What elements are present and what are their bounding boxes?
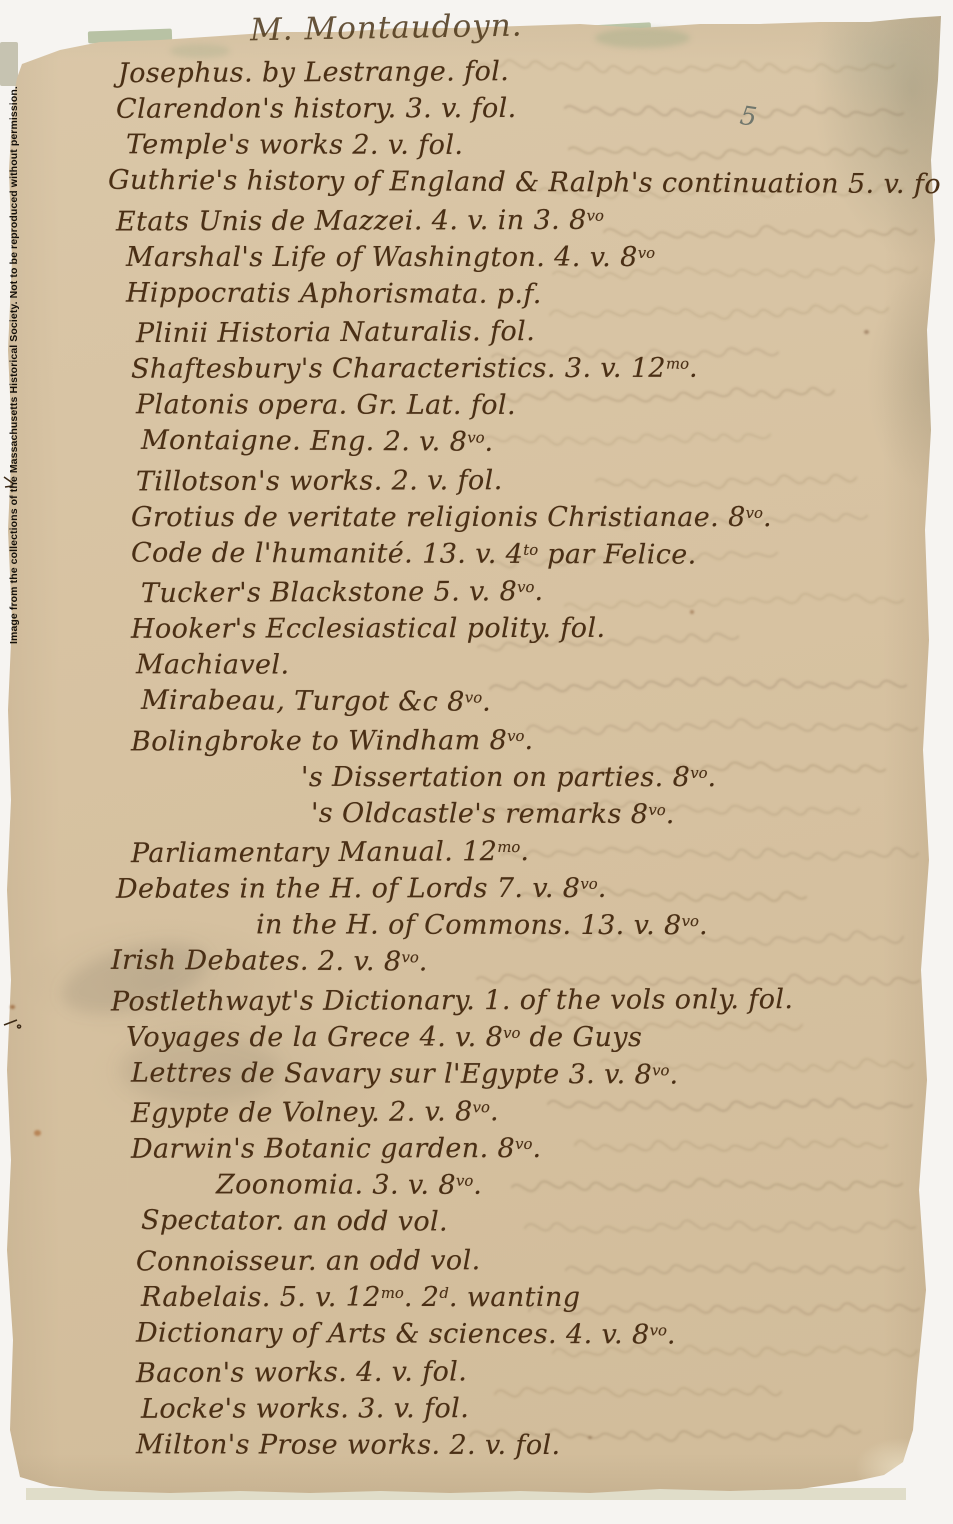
manuscript-line: Temple's works 2. v. fol. [126, 130, 946, 169]
manuscript-line: Etats Unis de Mazzei. 4. v. in 3. 8vo [116, 203, 946, 243]
manuscript-line: in the H. of Commons. 13. v. 8vo. [256, 910, 946, 948]
repository-watermark: Image from the collections of the Massac… [8, 40, 20, 644]
manuscript-line: Dictionary of Arts & sciences. 4. v. 8vo… [136, 1317, 946, 1357]
manuscript-line: Spectator. an odd vol. [141, 1205, 946, 1246]
manuscript-line: Postlethwayt's Dictionary. 1. of the vol… [111, 983, 946, 1023]
manuscript-line: Zoonomia. 3. v. 8vo. [216, 1170, 946, 1208]
manuscript-line: Guthrie's history of England & Ralph's c… [108, 165, 946, 207]
manuscript-line: Debates in the H. of Lords 7. v. 8vo. [116, 872, 946, 911]
manuscript-line: Irish Debates. 2. v. 8vo. [111, 945, 946, 987]
manuscript-line: Rabelais. 5. v. 12mo. 2d. wanting [141, 1282, 946, 1319]
manuscript-line: Machiavel. [136, 650, 946, 689]
manuscript-line: Platonis opera. Gr. Lat. fol. [136, 390, 946, 429]
manuscript-line: Grotius de veritate religionis Christian… [131, 502, 946, 539]
manuscript-line: Mirabeau, Turgot &c 8vo. [141, 685, 946, 726]
manuscript-line: 's Dissertation on parties. 8vo. [301, 762, 946, 799]
manuscript-line: Hooker's Ecclesiastical polity. fol. [131, 612, 946, 651]
manuscript-line: Plinii Historia Naturalis. fol. [136, 314, 946, 355]
manuscript-line: Montaigne. Eng. 2. v. 8vo. [141, 425, 946, 466]
manuscript-line: Darwin's Botanic garden. 8vo. [131, 1132, 946, 1171]
manuscript-line: Tucker's Blackstone 5. v. 8vo. [141, 574, 946, 615]
manuscript-line: Connoisseur. an odd vol. [136, 1243, 946, 1283]
manuscript-line: Shaftesbury's Characteristics. 3. v. 12m… [131, 352, 946, 391]
manuscript-line: Code de l'humanité. 13. v. 4to par Felic… [131, 537, 946, 577]
manuscript-line: Clarendon's history. 3. v. fol. [116, 92, 946, 131]
manuscript-line: Bacon's works. 4. v. fol. [136, 1354, 946, 1395]
manuscript-line: Locke's works. 3. v. fol. [141, 1392, 946, 1431]
manuscript-line: Hippocratis Aphorismata. p.f. [126, 277, 946, 317]
manuscript-line: Voyages de la Grece 4. v. 8vo de Guys [126, 1022, 946, 1059]
manuscript-line: Josephus. by Lestrange. fol. [118, 54, 946, 95]
manuscript-line: Milton's Prose works. 2. v. fol. [136, 1429, 946, 1468]
manuscript-line: Marshal's Life of Washington. 4. v. 8vo [126, 242, 946, 279]
manuscript-lines: Josephus. by Lestrange. fol.Clarendon's … [116, 56, 946, 1467]
manuscript-line: Parliamentary Manual. 12mo. [131, 834, 946, 875]
manuscript-line: 's Oldcastle's remarks 8vo. [311, 798, 946, 837]
manuscript-line: Tillotson's works. 2. v. fol. [136, 463, 946, 503]
manuscript-line: Lettres de Savary sur l'Egypte 3. v. 8vo… [131, 1057, 946, 1097]
manuscript-line: Bolingbroke to Windham 8vo. [131, 723, 946, 763]
manuscript-line: Egypte de Volney. 2. v. 8vo. [131, 1094, 946, 1135]
header-inscription: M. Montaudoyn. [250, 8, 523, 49]
